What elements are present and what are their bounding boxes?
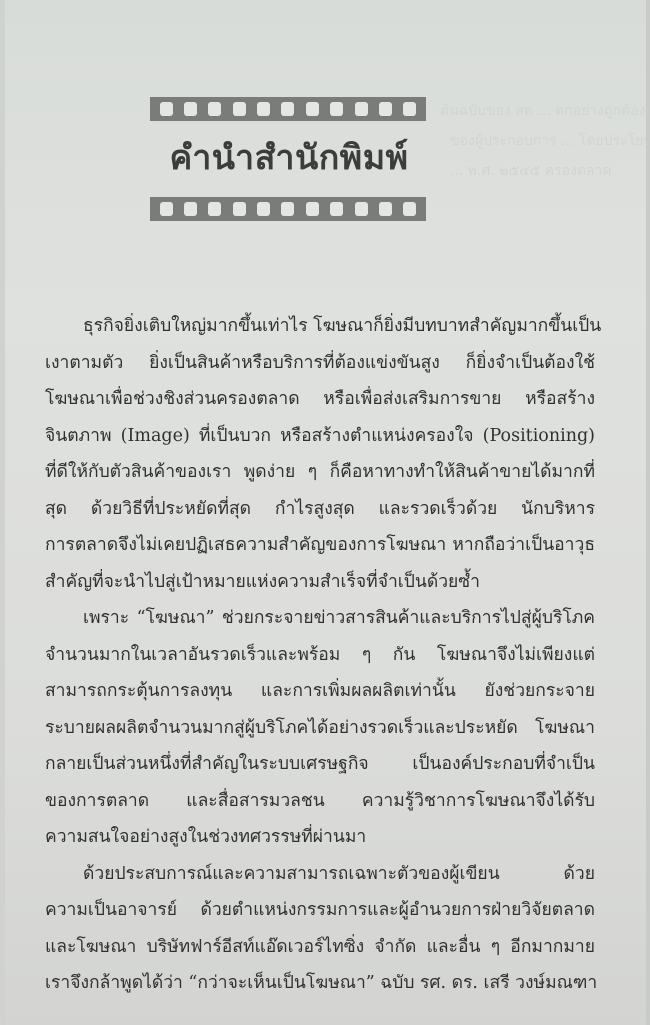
film-hole-icon: [306, 102, 319, 116]
text-line: ด้วยประสบการณ์และความสามารถเฉพาะตัวของผู…: [45, 856, 595, 893]
film-hole-icon: [355, 102, 368, 116]
film-hole-icon: [281, 202, 294, 216]
bleed-through-text: ต้นฉบับของ สต ... ตกอย่างถูกต้องเป็นที่ย…: [440, 100, 650, 122]
film-hole-icon: [330, 102, 343, 116]
text-line: ของการตลาด และสื่อสารมวลชน ความรู้วิชากา…: [45, 783, 595, 820]
text-line: จินตภาพ (Image) ที่เป็นบวก หรือสร้างตำแห…: [45, 418, 595, 455]
film-hole-icon: [355, 202, 368, 216]
film-hole-icon: [233, 202, 246, 216]
film-hole-icon: [208, 102, 221, 116]
text-line: ธุรกิจยิ่งเติบใหญ่มากขึ้นเท่าไร โฆษณาก็ย…: [45, 308, 595, 345]
page-edge-right: [646, 0, 650, 1025]
film-hole-icon: [160, 202, 173, 216]
text-line: สามารถกระตุ้นการลงทุน และการเพิ่มผลผลิตเ…: [45, 673, 595, 710]
text-line: เพราะ “โฆษณา” ช่วยกระจายข่าวสารสินค้าและ…: [45, 600, 595, 637]
film-hole-icon: [160, 102, 173, 116]
film-hole-icon: [330, 202, 343, 216]
text-line: สำคัญที่จะนำไปสู่เป้าหมายแห่งความสำเร็จท…: [45, 564, 595, 601]
text-line: กลายเป็นส่วนหนึ่งที่สำคัญในระบบเศรษฐกิจ …: [45, 746, 595, 783]
text-line: ที่ดีให้กับตัวสินค้าของเรา พูดง่าย ๆ ก็ค…: [45, 454, 595, 491]
film-hole-icon: [403, 102, 416, 116]
text-line: เราจึงกล้าพูดได้ว่า “กว่าจะเห็นเป็นโฆษณา…: [45, 965, 595, 1002]
text-line: เงาตามตัว ยิ่งเป็นสินค้าหรือบริการที่ต้อ…: [45, 345, 595, 382]
film-strip-bottom-decoration: [150, 197, 426, 221]
text-line: การตลาดจึงไม่เคยปฏิเสธความสำคัญของการโฆษ…: [45, 527, 595, 564]
paragraph-2: เพราะ “โฆษณา” ช่วยกระจายข่าวสารสินค้าและ…: [45, 600, 595, 856]
film-hole-icon: [208, 202, 221, 216]
text-line: ระบายผลผลิตจำนวนมากสู่ผู้บริโภคได้อย่างร…: [45, 710, 595, 747]
film-hole-icon: [379, 202, 392, 216]
film-hole-icon: [281, 102, 294, 116]
preface-body: ธุรกิจยิ่งเติบใหญ่มากขึ้นเท่าไร โฆษณาก็ย…: [45, 308, 595, 1002]
film-hole-icon: [403, 202, 416, 216]
film-hole-icon: [257, 102, 270, 116]
film-hole-icon: [306, 202, 319, 216]
film-hole-icon: [257, 202, 270, 216]
text-line: สุด ด้วยวิธีที่ประหยัดที่สุด กำไรสูงสุด …: [45, 491, 595, 528]
text-line: และโฆษณา บริษัทฟาร์อีสท์แอ๊ดเวอร์ไทซิ่ง …: [45, 929, 595, 966]
film-hole-icon: [233, 102, 246, 116]
text-line: จำนวนมากในเวลาอันรวดเร็วและพร้อม ๆ กัน โ…: [45, 637, 595, 674]
page-title: คำนำสำนักพิมพ์: [0, 130, 578, 184]
film-hole-icon: [184, 202, 197, 216]
text-line: โฆษณาเพื่อช่วงชิงส่วนครองตลาด หรือเพื่อส…: [45, 381, 595, 418]
film-hole-icon: [184, 102, 197, 116]
film-strip-top-decoration: [150, 97, 426, 121]
text-line: ความเป็นอาจารย์ ด้วยตำแหน่งกรรมการและผู้…: [45, 892, 595, 929]
text-line: ความสนใจอย่างสูงในช่วงทศวรรษที่ผ่านมา: [45, 819, 595, 856]
paragraph-1: ธุรกิจยิ่งเติบใหญ่มากขึ้นเท่าไร โฆษณาก็ย…: [45, 308, 595, 600]
paragraph-3: ด้วยประสบการณ์และความสามารถเฉพาะตัวของผู…: [45, 856, 595, 1002]
film-hole-icon: [379, 102, 392, 116]
